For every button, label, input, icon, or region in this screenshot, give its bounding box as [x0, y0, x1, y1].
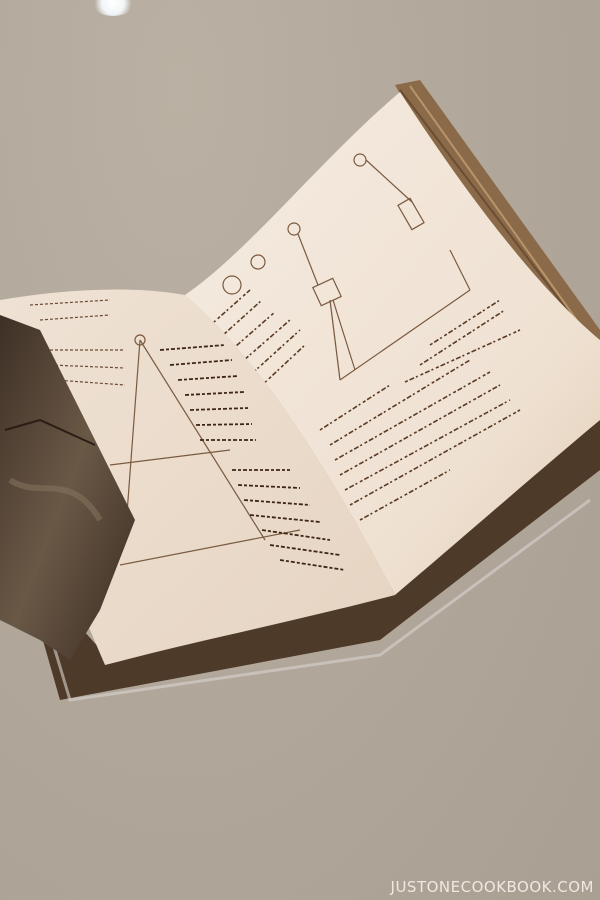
watermark-text: JUSTONECOOKBOOK.COM: [391, 878, 594, 896]
notebook-illustration: [0, 0, 600, 900]
